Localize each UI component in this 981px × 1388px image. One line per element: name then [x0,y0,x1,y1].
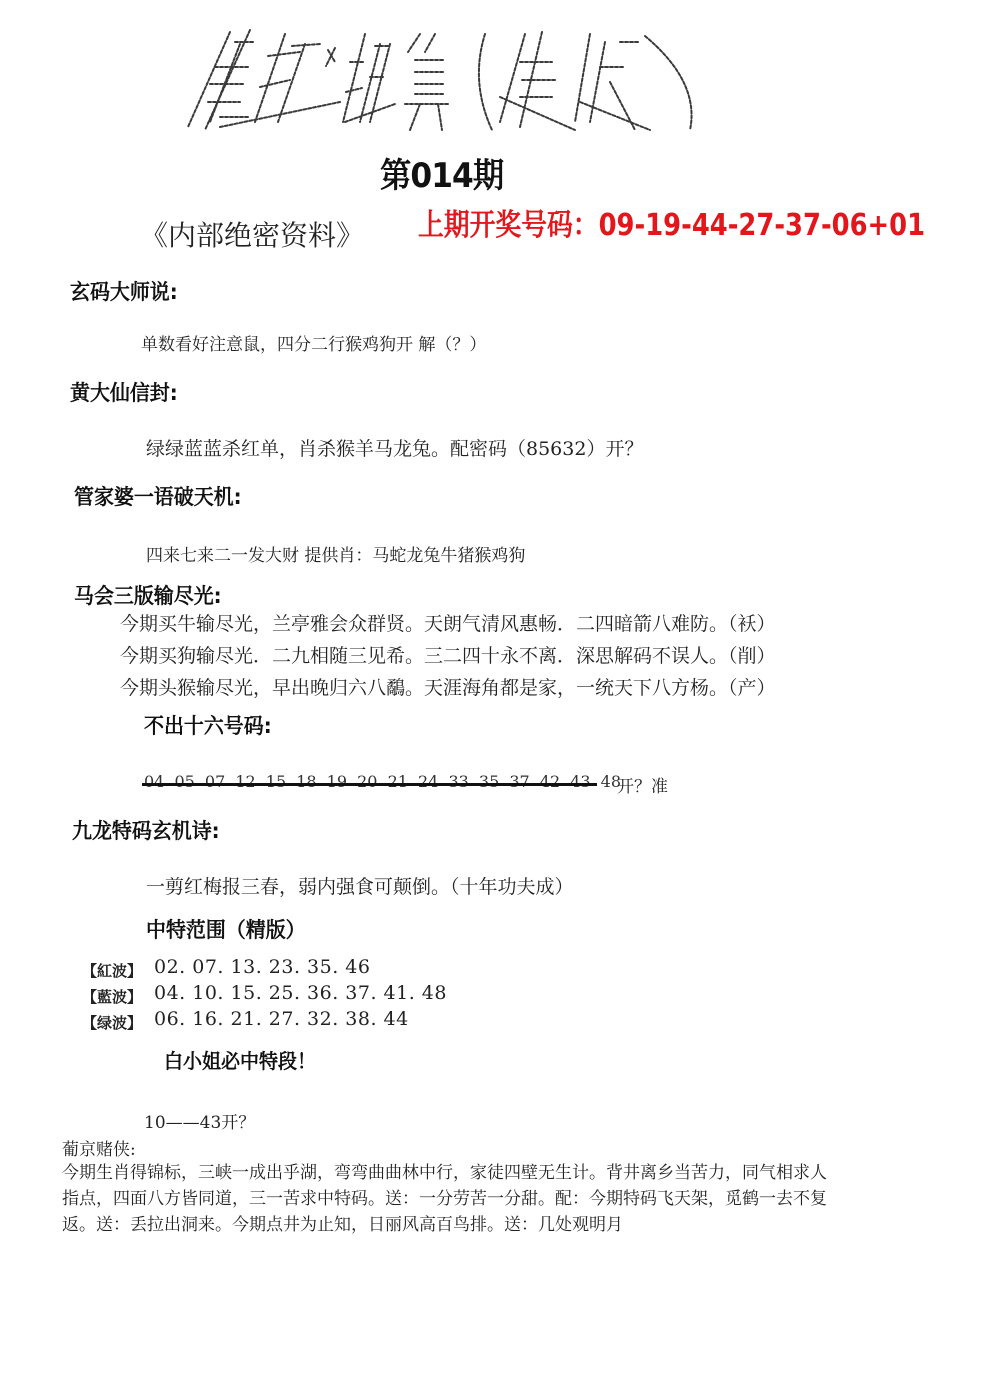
section-heading-jockey-club: 马会三版输尽光: [74,580,222,610]
section-heading-exclude16: 不出十六号码: [144,710,272,740]
issue-number: 第014期 [380,148,503,197]
section-heading-range: 中特范围（精版） [146,914,306,944]
section-heading-jiulong: 九龙特码玄机诗: [72,815,220,845]
miss-bai-text: 10——43开？ [144,1108,255,1133]
master-text: 单数看好注意鼠，四分二行猴鸡狗开 解（？） [141,330,486,355]
macau-line-2: 指点，四面八方皆同道，三一苦求中特码。送：一分劳苦一分甜。配：今期特码飞天架，觅… [62,1184,827,1209]
excluded-numbers-suffix: 开？准 [617,772,668,797]
housekeeper-text: 四来七来二一发大财 提供肖：马蛇龙兔牛猪猴鸡狗 [146,541,525,566]
jockey-club-line-1: 今期买牛输尽光，兰亭雅会众群贤。天朗气清风惠畅．二四暗箭八难防。（袄） [120,609,776,636]
last-draw-numbers: 09-19-44-27-37-06+01 [599,208,925,243]
section-heading-miss-bai: 白小姐必中特段！ [164,1045,316,1074]
jiulong-text: 一剪红梅报三春，弱内强食可颠倒。（十年功夫成） [146,872,574,899]
excluded-numbers: 04 05 07 12 15 18 19 20 21 24 33 35 37 4… [144,772,621,791]
blue-wave-numbers: 04. 10. 15. 25. 36. 37. 41. 48 [154,982,447,1004]
last-draw-label: 上期开奖号码： [418,208,599,243]
green-wave-label: 【绿波】 [82,1012,142,1033]
huang-daxian-text: 绿绿蓝蓝杀红单，肖杀猴羊马龙兔。配密码（85632）开？ [146,434,643,461]
green-wave-numbers: 06. 16. 21. 27. 32. 38. 44 [154,1008,409,1030]
banner-title: 精打细算（精版） [180,22,780,140]
red-wave-numbers: 02. 07. 13. 23. 35. 46 [154,956,370,978]
red-wave-label: 【紅波】 [82,960,142,981]
section-heading-macau: 葡京赌侠: [62,1135,136,1160]
blue-wave-label: 【藍波】 [82,986,142,1007]
strikethrough-line [142,783,597,786]
section-heading-master: 玄码大师说: [70,276,178,306]
jockey-club-line-2: 今期买狗输尽光．二九相随三见希。三二四十永不离．深思解码不误人。（削） [120,641,776,668]
section-heading-housekeeper: 管家婆一语破天机: [74,481,242,511]
macau-line-1: 今期生肖得锦标，三峡一成出乎湖，弯弯曲曲林中行，家徒四壁无生计。背井离乡当苦力，… [62,1158,827,1183]
jockey-club-line-3: 今期头猴输尽光，早出晚归六八鷸。天涯海角都是家，一统天下八方杨。（产） [120,673,776,700]
last-draw-result: 上期开奖号码：09-19-44-27-37-06+01 [418,200,925,244]
document-title: 《内部绝密资料》 [140,214,364,254]
macau-line-3: 返。送：丢拉出洞来。今期点井为止知，日丽风高百鸟排。送：几处观明月 [62,1210,623,1235]
section-heading-huang-daxian: 黄大仙信封: [70,377,178,407]
